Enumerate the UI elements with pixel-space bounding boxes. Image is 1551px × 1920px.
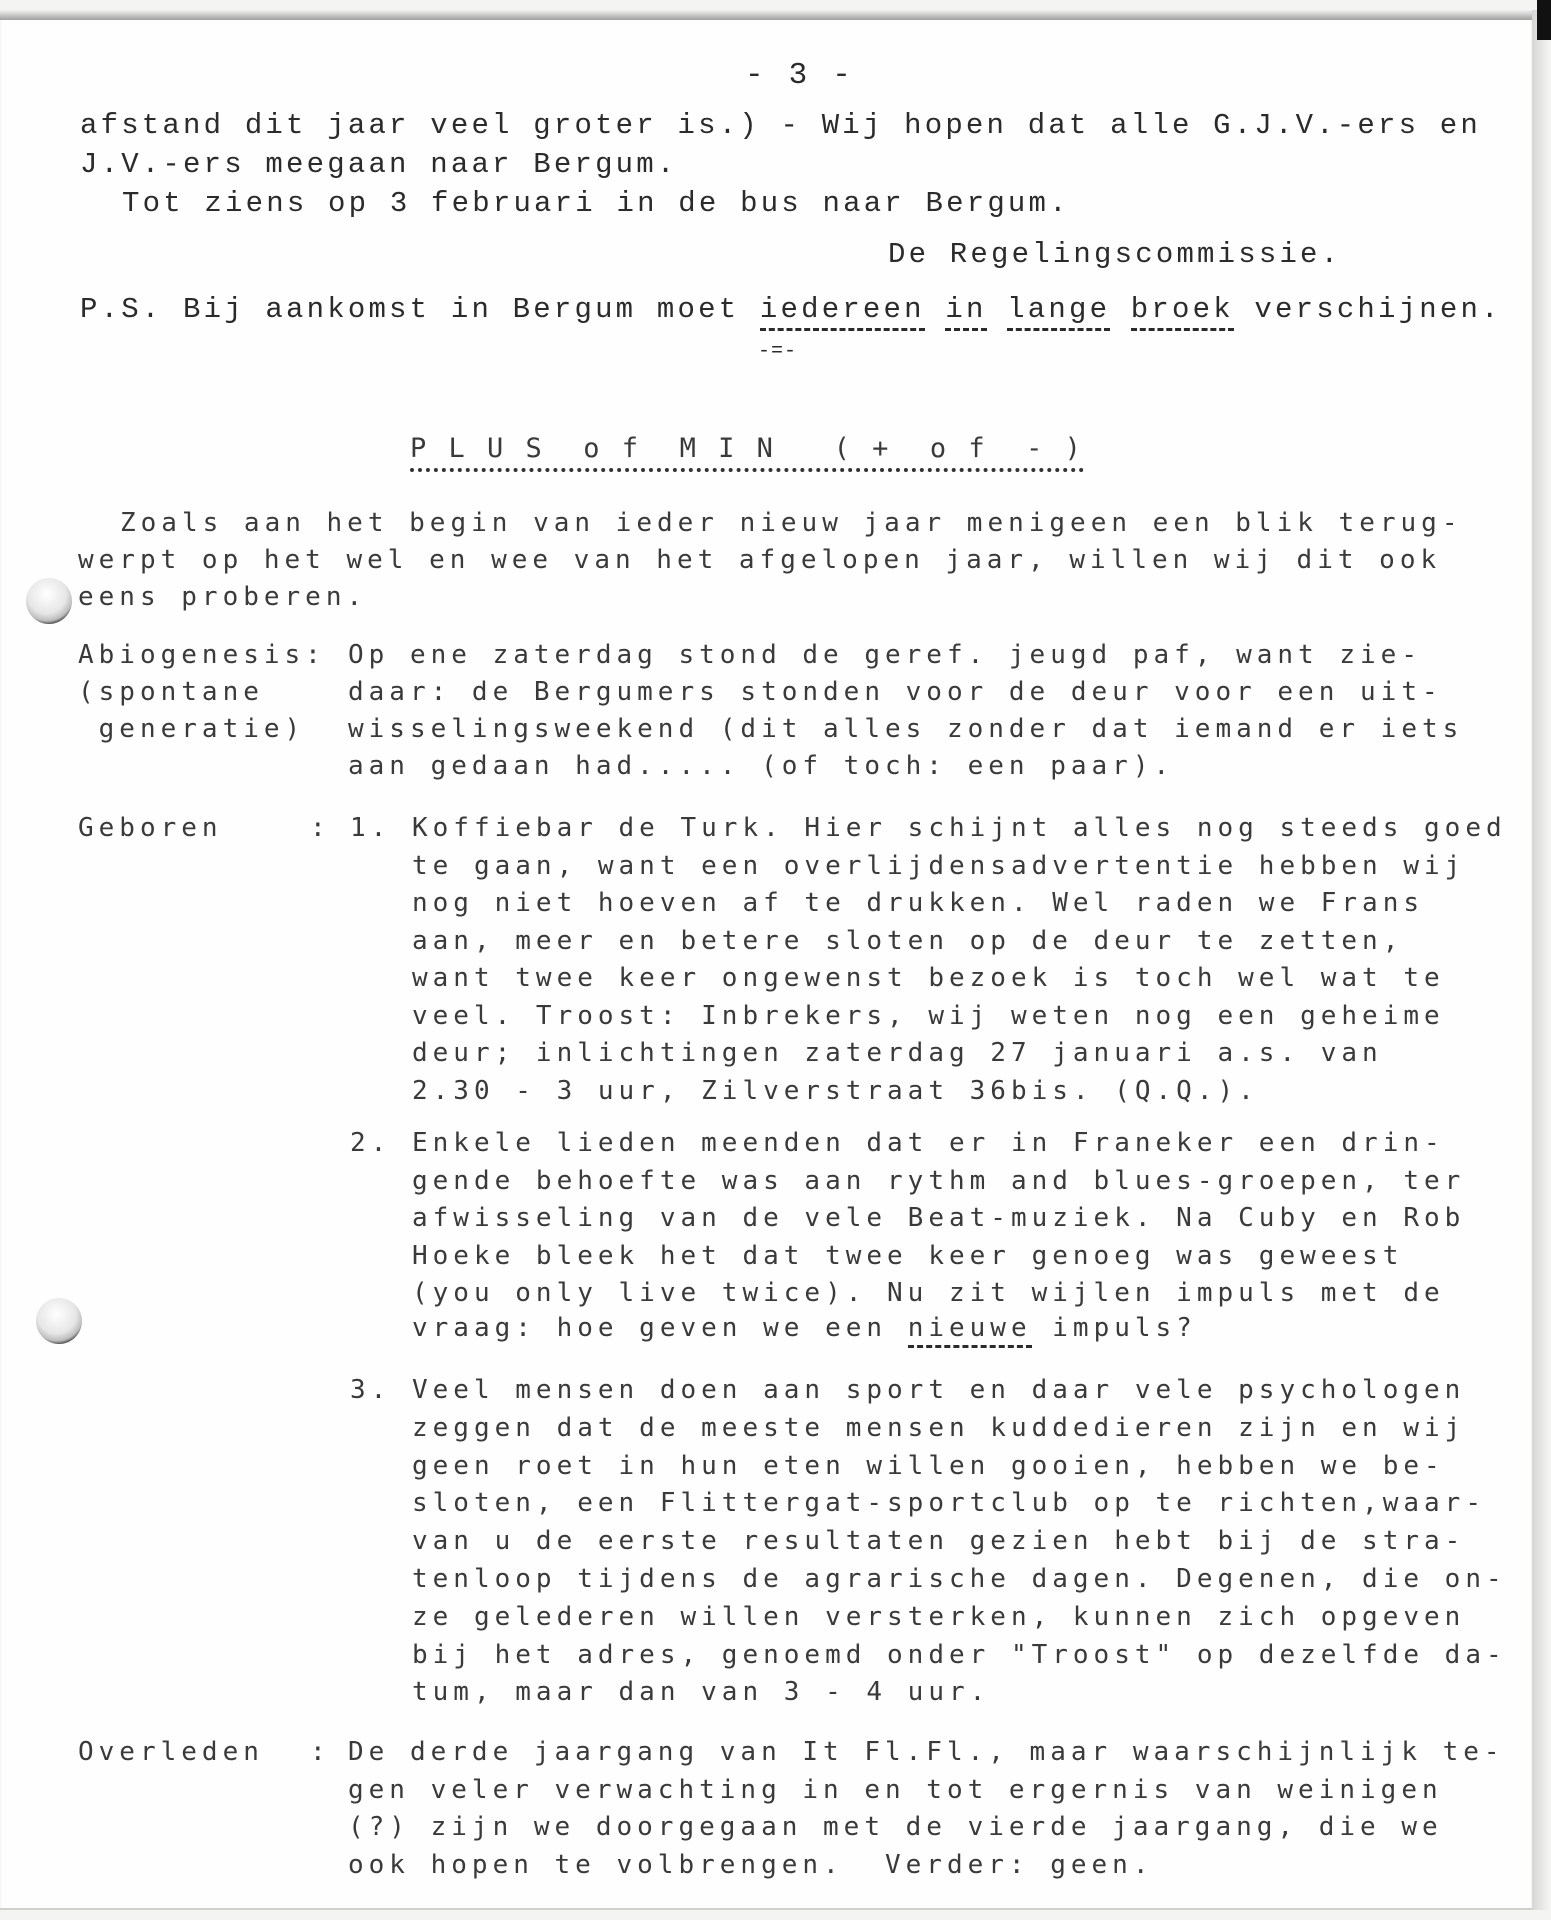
text-line: gende behoefte was aan rythm and blues-g… bbox=[412, 1166, 1465, 1196]
page-top-edge bbox=[0, 10, 1532, 20]
ps-underlined-broek: broek bbox=[1131, 293, 1234, 331]
article-intro-line-2: werpt op het wel en wee van het afgelope… bbox=[78, 545, 1441, 575]
abiogenesis-line: Op ene zaterdag stond de geref. jeugd pa… bbox=[348, 640, 1422, 670]
ps-underlined-lange: lange bbox=[1007, 293, 1110, 331]
text-line: Hoeke bleek het dat twee keer genoeg was… bbox=[412, 1241, 1403, 1271]
text-line: ze gelederen willen versterken, kunnen z… bbox=[412, 1602, 1465, 1632]
label-overleden: Overleden bbox=[78, 1737, 264, 1767]
text-line: Koffiebar de Turk. Hier schijnt alles no… bbox=[412, 813, 1507, 843]
ps-underlined-iedereen: iedereen bbox=[760, 293, 925, 331]
text-line: aan, meer en betere sloten op de deur te… bbox=[412, 926, 1403, 956]
text-line: sloten, een Flittergat-sportclub op te r… bbox=[412, 1488, 1486, 1518]
underlined-nieuwe: nieuwe bbox=[908, 1313, 1032, 1348]
postscript: P.S. Bij aankomst in Bergum moet iederee… bbox=[80, 293, 1502, 326]
abiogenesis-line: wisselingsweekend (dit alles zonder dat … bbox=[348, 714, 1463, 744]
text-line: Enkele lieden meenden dat er in Franeker… bbox=[412, 1128, 1445, 1158]
label-geboren: Geboren bbox=[78, 813, 223, 843]
item-2-last-prefix: vraag: hoe geven we een bbox=[412, 1313, 908, 1343]
text-line: nog niet hoeven af te drukken. Wel raden… bbox=[412, 888, 1424, 918]
article-intro-line-1: Zoals aan het begin van ieder nieuw jaar… bbox=[120, 508, 1462, 538]
text-line: tum, maar dan van 3 - 4 uur. bbox=[412, 1677, 990, 1707]
item-number-3: 3. bbox=[350, 1375, 391, 1405]
text-line: deur; inlichtingen zaterdag 27 januari a… bbox=[412, 1038, 1383, 1068]
text-line: geen roet in hun eten willen gooien, heb… bbox=[412, 1451, 1445, 1481]
article-intro-line-3: eens proberen. bbox=[78, 582, 367, 612]
separator: -=- bbox=[758, 340, 797, 363]
text-line: De derde jaargang van It Fl.Fl., maar wa… bbox=[348, 1737, 1505, 1767]
label-abiogenesis: Abiogenesis: bbox=[78, 640, 326, 670]
ps-suffix: verschijnen. bbox=[1254, 293, 1501, 326]
item-number-1: 1. bbox=[350, 813, 391, 843]
item-2-last-suffix: impuls? bbox=[1032, 1313, 1197, 1343]
binder-edge bbox=[1537, 0, 1551, 40]
text-line: bij het adres, genoemd onder "Troost" op… bbox=[412, 1640, 1507, 1670]
text-line: zeggen dat de meeste mensen kuddedieren … bbox=[412, 1413, 1465, 1443]
text-line: van u de eerste resultaten gezien hebt b… bbox=[412, 1526, 1465, 1556]
article-title: P L U S o f M I N ( + o f - ) bbox=[410, 433, 1084, 472]
label-colon: : bbox=[310, 813, 331, 843]
abiogenesis-line: daar: de Bergumers stonden voor de deur … bbox=[348, 677, 1443, 707]
page-number: - 3 - bbox=[745, 58, 854, 93]
text-line: tenloop tijdens de agrarische dagen. Deg… bbox=[412, 1564, 1507, 1594]
signature: De Regelingscommissie. bbox=[888, 238, 1341, 271]
intro-line-2: J.V.-ers meegaan naar Bergum. bbox=[80, 148, 677, 181]
page-shadow bbox=[1532, 10, 1551, 1910]
text-line: ook hopen te volbrengen. Verder: geen. bbox=[348, 1850, 1153, 1880]
label-colon: : bbox=[310, 1737, 331, 1767]
item-2-last-line: vraag: hoe geven we een nieuwe impuls? bbox=[412, 1313, 1197, 1343]
document-page: - 3 - afstand dit jaar veel groter is.) … bbox=[0, 10, 1534, 1910]
ps-underlined-in: in bbox=[945, 293, 986, 331]
text-line: veel. Troost: Inbrekers, wij weten nog e… bbox=[412, 1001, 1445, 1031]
label-abiogenesis-sub-1: (spontane bbox=[78, 677, 264, 707]
text-line: (you only live twice). Nu zit wijlen imp… bbox=[412, 1278, 1445, 1308]
text-line: afwisseling van de vele Beat-muziek. Na … bbox=[412, 1203, 1465, 1233]
label-abiogenesis-sub-2: generatie) bbox=[78, 714, 305, 744]
abiogenesis-line: aan gedaan had..... (of toch: een paar). bbox=[348, 751, 1174, 781]
text-line: gen veler verwachting in en tot ergernis… bbox=[348, 1775, 1443, 1805]
item-number-2: 2. bbox=[350, 1128, 391, 1158]
text-line: 2.30 - 3 uur, Zilverstraat 36bis. (Q.Q.)… bbox=[412, 1076, 1259, 1106]
intro-line-1: afstand dit jaar veel groter is.) - Wij … bbox=[80, 109, 1481, 142]
punch-hole-top bbox=[26, 578, 72, 624]
intro-line-3: Tot ziens op 3 februari in de bus naar B… bbox=[122, 187, 1070, 220]
text-line: Veel mensen doen aan sport en daar vele … bbox=[412, 1375, 1465, 1405]
text-line: want twee keer ongewenst bezoek is toch … bbox=[412, 963, 1445, 993]
text-line: te gaan, want een overlijdensadvertentie… bbox=[412, 851, 1465, 881]
ps-prefix: P.S. Bij aankomst in Bergum moet bbox=[80, 293, 760, 326]
text-line: (?) zijn we doorgegaan met de vierde jaa… bbox=[348, 1812, 1443, 1842]
punch-hole-bottom bbox=[36, 1298, 82, 1344]
